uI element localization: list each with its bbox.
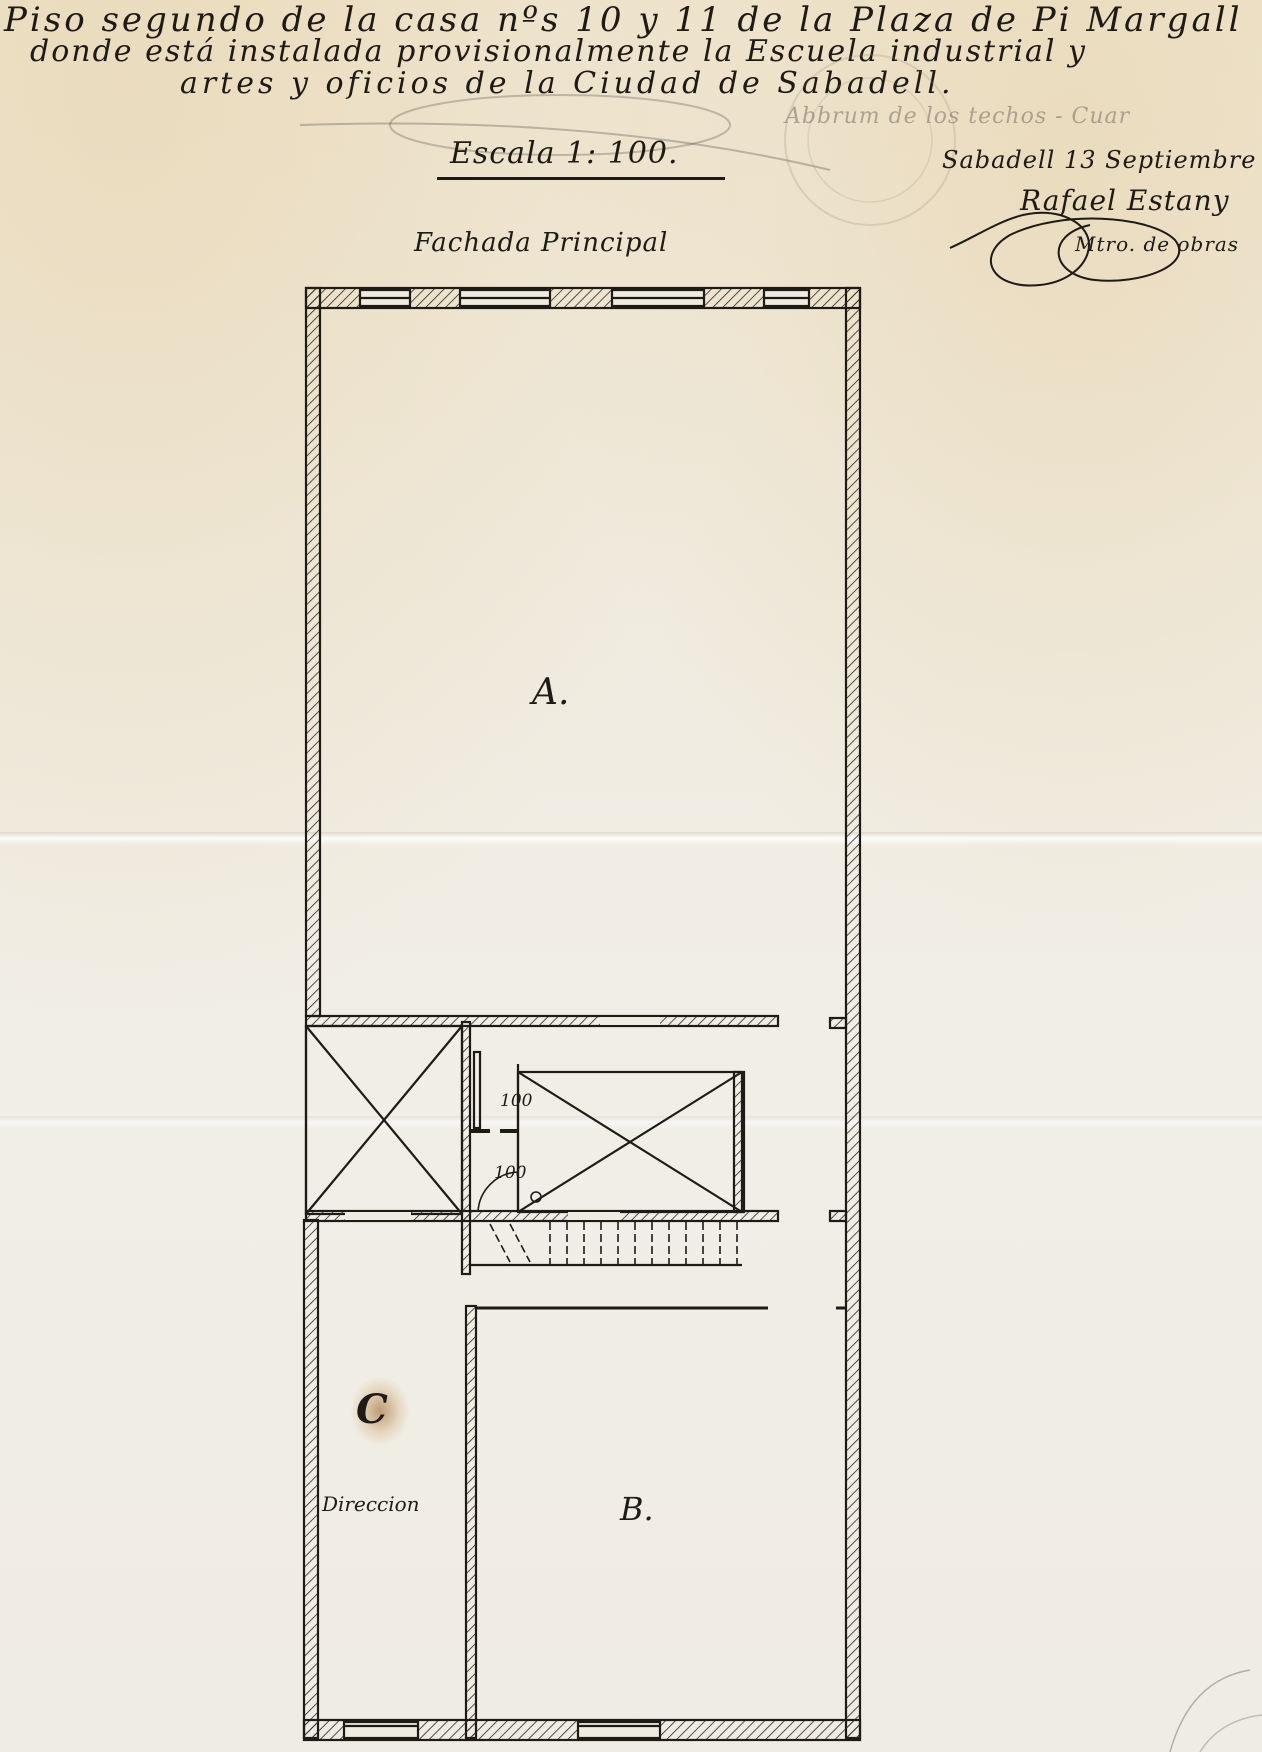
- room-label-direccion: Direccion: [322, 1492, 420, 1516]
- dimension-label: 100: [494, 1163, 527, 1183]
- room-label-c: C: [356, 1386, 388, 1433]
- room-label-a: A.: [532, 672, 569, 713]
- dimension-label: 100: [500, 1091, 533, 1111]
- room-label-b: B.: [620, 1490, 654, 1528]
